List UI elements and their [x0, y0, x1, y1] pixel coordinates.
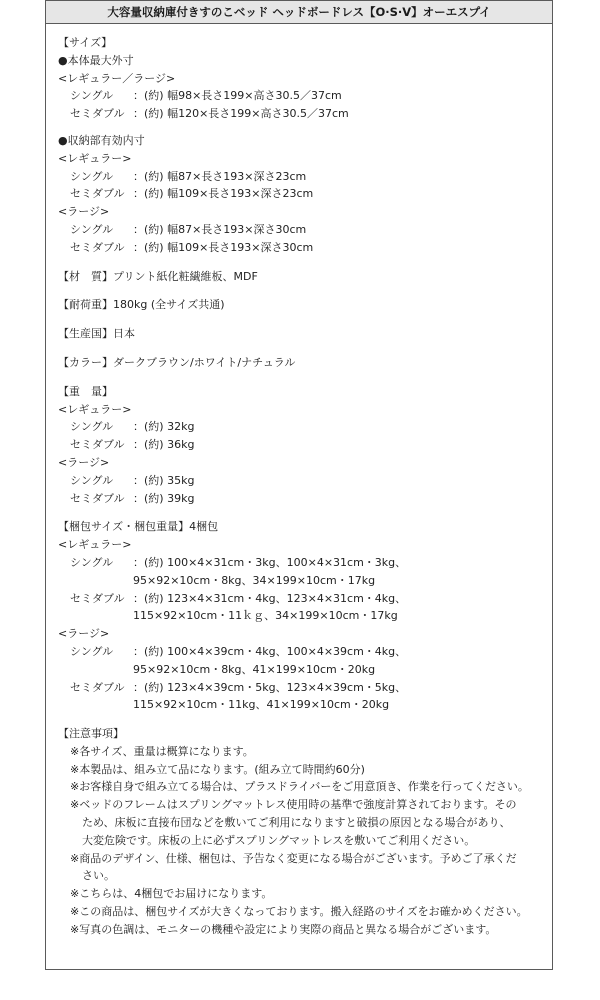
spec-row: シングル ：(約) 幅87×長さ193×深さ30cm [58, 221, 552, 239]
row-label: セミダブル [58, 239, 133, 257]
color-section: 【カラー】ダークブラウン/ホワイト/ナチュラル [58, 354, 552, 372]
row-label: シングル [58, 643, 133, 661]
weight-regular-label: <レギュラー> [58, 401, 552, 419]
note-item: ※本製品は、組み立て品になります。(組み立て時間約60分) [58, 761, 552, 779]
row-value: ：(約) 35kg [133, 472, 194, 490]
origin-text: 【生産国】日本 [58, 325, 552, 343]
spec-row: シングル ：(約) 幅87×長さ193×深さ23cm [58, 168, 552, 186]
weight-large-label: <ラージ> [58, 454, 552, 472]
note-item: ※ベッドのフレームはスプリングマットレス使用時の基準で強度計算されております。そ… [58, 796, 552, 814]
spec-row: シングル ：(約) 100×4×31cm・3kg、100×4×31cm・3kg、 [58, 554, 552, 572]
row-value: ：(約) 32kg [133, 418, 194, 436]
storage-large-label: <ラージ> [58, 203, 552, 221]
note-item: ※こちらは、4梱包でお届けになります。 [58, 885, 552, 903]
material-text: 【材 質】プリント紙化粧繊維板、MDF [58, 268, 552, 286]
row-continuation: 115×92×10cm・11ｋｇ、34×199×10cm・17kg [58, 607, 552, 625]
spec-row: シングル ：(約) 幅98×長さ199×高さ30.5／37cm [58, 87, 552, 105]
spec-row: セミダブル ：(約) 幅120×長さ199×高さ30.5／37cm [58, 105, 552, 123]
spec-row: セミダブル ：(約) 幅109×長さ193×深さ30cm [58, 239, 552, 257]
outer-dimensions-heading: ●本体最大外寸 [58, 52, 552, 70]
row-label: セミダブル [58, 185, 133, 203]
row-value: ：(約) 幅120×長さ199×高さ30.5／37cm [133, 105, 349, 123]
notes-section: 【注意事項】 ※各サイズ、重量は概算になります。 ※本製品は、組み立て品になりま… [58, 725, 552, 939]
spec-table: 大容量収納庫付きすのこベッド ヘッドボードレス【O·S·V】オーエスプイ 【サイ… [45, 0, 553, 970]
row-label: セミダブル [58, 105, 133, 123]
row-value: ：(約) 幅109×長さ193×深さ23cm [133, 185, 313, 203]
row-label: セミダブル [58, 679, 133, 697]
row-value: ：(約) 幅87×長さ193×深さ30cm [133, 221, 306, 239]
product-title: 大容量収納庫付きすのこベッド ヘッドボードレス【O·S·V】オーエスプイ [46, 0, 552, 24]
note-continuation: 大変危険です。床板の上に必ずスプリングマットレスを敷いてご利用ください。 [58, 832, 552, 850]
row-label: セミダブル [58, 490, 133, 508]
row-value: ：(約) 幅109×長さ193×深さ30cm [133, 239, 313, 257]
row-value: ：(約) 100×4×31cm・3kg、100×4×31cm・3kg、 [133, 554, 406, 572]
packing-section: 【梱包サイズ・梱包重量】4梱包 <レギュラー> シングル ：(約) 100×4×… [58, 518, 552, 714]
row-label: セミダブル [58, 590, 133, 608]
row-value: ：(約) 36kg [133, 436, 194, 454]
spec-row: セミダブル ：(約) 36kg [58, 436, 552, 454]
spec-body: 【サイズ】 ●本体最大外寸 <レギュラー／ラージ> シングル ：(約) 幅98×… [46, 24, 552, 939]
row-continuation: 115×92×10cm・11kg、41×199×10cm・20kg [58, 696, 552, 714]
spec-row: シングル ：(約) 35kg [58, 472, 552, 490]
size-heading: 【サイズ】 [58, 34, 552, 52]
packing-heading: 【梱包サイズ・梱包重量】4梱包 [58, 518, 552, 536]
notes-heading: 【注意事項】 [58, 725, 552, 743]
row-value: ：(約) 39kg [133, 490, 194, 508]
material-section: 【材 質】プリント紙化粧繊維板、MDF [58, 268, 552, 286]
row-label: シングル [58, 418, 133, 436]
packing-regular-label: <レギュラー> [58, 536, 552, 554]
color-text: 【カラー】ダークブラウン/ホワイト/ナチュラル [58, 354, 552, 372]
note-continuation: ため、床板に直接布団などを敷いてご利用になりますと破損の原因となる場合があり、 [58, 814, 552, 832]
note-item: ※写真の色調は、モニターの機種や設定により実際の商品と異なる場合がございます。 [58, 921, 552, 939]
note-item: ※お客様自身で組み立てる場合は、プラスドライバーをご用意頂き、作業を行ってくださ… [58, 778, 552, 796]
weight-section: 【重 量】 <レギュラー> シングル ：(約) 32kg セミダブル ：(約) … [58, 383, 552, 508]
row-value: ：(約) 123×4×31cm・4kg、123×4×31cm・4kg、 [133, 590, 406, 608]
packing-large-label: <ラージ> [58, 625, 552, 643]
note-item: ※各サイズ、重量は概算になります。 [58, 743, 552, 761]
spec-row: セミダブル ：(約) 123×4×31cm・4kg、123×4×31cm・4kg… [58, 590, 552, 608]
spec-row: セミダブル ：(約) 39kg [58, 490, 552, 508]
note-item: ※商品のデザイン、仕様、梱包は、予告なく変更になる場合がございます。予めご了承く… [58, 850, 552, 868]
spec-row: シングル ：(約) 32kg [58, 418, 552, 436]
origin-section: 【生産国】日本 [58, 325, 552, 343]
spec-row: セミダブル ：(約) 幅109×長さ193×深さ23cm [58, 185, 552, 203]
spec-row: シングル ：(約) 100×4×39cm・4kg、100×4×39cm・4kg、 [58, 643, 552, 661]
outer-group-label: <レギュラー／ラージ> [58, 70, 552, 88]
row-label: シングル [58, 87, 133, 105]
row-value: ：(約) 幅98×長さ199×高さ30.5／37cm [133, 87, 342, 105]
row-value: ：(約) 100×4×39cm・4kg、100×4×39cm・4kg、 [133, 643, 406, 661]
weight-heading: 【重 量】 [58, 383, 552, 401]
row-continuation: 95×92×10cm・8kg、41×199×10cm・20kg [58, 661, 552, 679]
row-label: セミダブル [58, 436, 133, 454]
row-label: シングル [58, 472, 133, 490]
spec-row: セミダブル ：(約) 123×4×39cm・5kg、123×4×39cm・5kg… [58, 679, 552, 697]
storage-regular-label: <レギュラー> [58, 150, 552, 168]
row-value: ：(約) 123×4×39cm・5kg、123×4×39cm・5kg、 [133, 679, 406, 697]
row-label: シングル [58, 168, 133, 186]
load-section: 【耐荷重】180kg (全サイズ共通) [58, 296, 552, 314]
row-label: シングル [58, 221, 133, 239]
size-section: 【サイズ】 ●本体最大外寸 <レギュラー／ラージ> シングル ：(約) 幅98×… [58, 34, 552, 257]
note-item: ※この商品は、梱包サイズが大きくなっております。搬入経路のサイズをお確かめくださ… [58, 903, 552, 921]
row-label: シングル [58, 554, 133, 572]
row-continuation: 95×92×10cm・8kg、34×199×10cm・17kg [58, 572, 552, 590]
row-value: ：(約) 幅87×長さ193×深さ23cm [133, 168, 306, 186]
note-continuation: さい。 [58, 867, 552, 885]
storage-dimensions-heading: ●収納部有効内寸 [58, 132, 552, 150]
load-capacity-text: 【耐荷重】180kg (全サイズ共通) [58, 296, 552, 314]
